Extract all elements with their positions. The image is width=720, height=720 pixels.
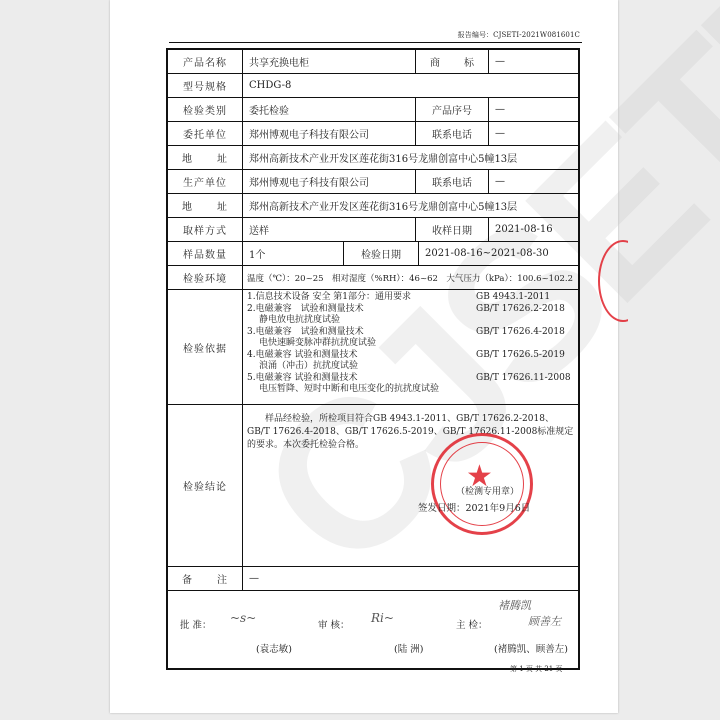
label-part: 地	[182, 198, 193, 213]
standard-item: 3.电磁兼容 试验和测量技术GB/T 17626.4-2018	[247, 327, 574, 339]
label-manufacturer: 生产单位	[168, 170, 243, 193]
value-client: 郑州博观电子科技有限公司	[243, 122, 416, 145]
value-sample-qty: 1个	[243, 242, 344, 265]
row-client: 委托单位 郑州博观电子科技有限公司 联系电话 —	[168, 122, 578, 146]
row-signatures: 批 准： ~s~ (袁志敏) 审 核： Ri~ (陆 洲) 主 检： 褚腾凯 顾…	[168, 591, 578, 668]
standard-item: 4.电磁兼容 试验和测量技术GB/T 17626.5-2019	[247, 350, 574, 362]
chief-label: 主 检：	[456, 617, 488, 631]
value-serial-no: —	[489, 98, 578, 121]
value-model: CHDG-8	[243, 74, 578, 97]
label-remark: 备注	[168, 567, 243, 590]
value-trademark: —	[489, 50, 578, 73]
label-part: 商	[430, 54, 440, 69]
label-part: 址	[217, 198, 228, 213]
value-client-address: 郑州高新技术产业开发区莲花街316号龙鼎创富中心5幢13层	[243, 146, 578, 169]
value-sampling: 送样	[243, 218, 416, 241]
standard-code: GB 4943.1-2011	[476, 292, 574, 304]
label-conclusion: 检验结论	[168, 405, 243, 566]
standard-item: 2.电磁兼容 试验和测量技术GB/T 17626.2-2018	[247, 304, 574, 316]
label-sample-qty: 样品数量	[168, 242, 243, 265]
label-sampling: 取样方式	[168, 218, 243, 241]
standards-list: 1.信息技术设备 安全 第1部分：通用要求GB 4943.1-20112.电磁兼…	[243, 290, 578, 404]
standard-title: 4.电磁兼容 试验和测量技术	[247, 350, 357, 362]
standard-subtitle: 电压暂降、短时中断和电压变化的抗扰度试验	[247, 384, 574, 396]
value-receive-date: 2021-08-16	[489, 218, 578, 241]
standard-title: 1.信息技术设备 安全 第1部分：通用要求	[247, 292, 411, 304]
official-seal: ★	[431, 433, 533, 535]
value-manufacturer: 郑州博观电子科技有限公司	[243, 170, 416, 193]
label-part: 注	[217, 571, 228, 586]
approve-signature: ~s~	[230, 611, 256, 625]
row-product-name: 产品名称 共享充换电柜 商标 —	[168, 50, 578, 74]
page-number: 第 1 页 共 21 页	[510, 664, 563, 674]
standard-title: 5.电磁兼容 试验和测量技术	[247, 373, 357, 385]
value-remark: —	[243, 567, 578, 590]
value-inspection-type: 委托检验	[243, 98, 416, 121]
review-name: (陆 洲)	[394, 641, 423, 655]
standard-code: GB/T 17626.5-2019	[476, 350, 574, 362]
standard-item: 1.信息技术设备 安全 第1部分：通用要求GB 4943.1-2011	[247, 292, 574, 304]
chief-name: (褚腾凯、顾善左)	[494, 641, 568, 655]
row-sample-qty: 样品数量 1个 检验日期 2021-08-16~2021-08-30	[168, 242, 578, 266]
label-inspection-type: 检验类别	[168, 98, 243, 121]
label-basis: 检验依据	[168, 290, 243, 404]
row-basis: 检验依据 1.信息技术设备 安全 第1部分：通用要求GB 4943.1-2011…	[168, 290, 578, 405]
label-part: 标	[464, 54, 474, 69]
row-environment: 检验环境 温度（℃）：20~25 相对湿度（%RH）：46~62 大气压力（kP…	[168, 266, 578, 290]
chief-signature-2: 顾善左	[528, 613, 561, 629]
row-client-address: 地址 郑州高新技术产业开发区莲花街316号龙鼎创富中心5幢13层	[168, 146, 578, 170]
label-manufacturer-address: 地址	[168, 194, 243, 217]
conclusion-content: 样品经检验，所检项目符合GB 4943.1-2011、GB/T 17626.2-…	[243, 405, 578, 566]
label-serial-no: 产品序号	[416, 98, 489, 121]
standard-title: 2.电磁兼容 试验和测量技术	[247, 304, 364, 316]
seal-label: （检测专用章）	[456, 486, 519, 499]
label-inspection-date: 检验日期	[344, 242, 419, 265]
row-conclusion: 检验结论 样品经检验，所检项目符合GB 4943.1-2011、GB/T 176…	[168, 405, 578, 567]
value-manufacturer-phone: —	[489, 170, 578, 193]
standard-subtitle: 浪涌（冲击）抗扰度试验	[247, 361, 574, 373]
value-client-phone: —	[489, 122, 578, 145]
value-product-name: 共享充换电柜	[243, 50, 416, 73]
label-model: 型号规格	[168, 74, 243, 97]
review-label: 审 核：	[318, 617, 350, 631]
standard-title: 3.电磁兼容 试验和测量技术	[247, 327, 364, 339]
document-page: CJSETI 报告编号：CJSETI-2021W081601C 产品名称 共享充…	[110, 0, 618, 713]
label-receive-date: 收样日期	[416, 218, 489, 241]
label-client-address: 地址	[168, 146, 243, 169]
header-rule	[169, 42, 582, 43]
value-environment: 温度（℃）：20~25 相对湿度（%RH）：46~62 大气压力（kPa）：10…	[243, 266, 578, 289]
label-manufacturer-phone: 联系电话	[416, 170, 489, 193]
row-sampling: 取样方式 送样 收样日期 2021-08-16	[168, 218, 578, 242]
standard-code: GB/T 17626.2-2018	[476, 304, 574, 316]
conclusion-text: 样品经检验，所检项目符合GB 4943.1-2011、GB/T 17626.2-…	[247, 413, 574, 452]
label-part: 地	[182, 150, 193, 165]
approve-label: 批 准：	[180, 617, 212, 631]
approve-name: (袁志敏)	[256, 641, 292, 655]
label-client-phone: 联系电话	[416, 122, 489, 145]
standard-subtitle: 电快速瞬变脉冲群抗扰度试验	[247, 338, 574, 350]
review-signature: Ri~	[371, 611, 394, 625]
row-remark: 备注 —	[168, 567, 578, 591]
label-part: 备	[182, 571, 193, 586]
value-inspection-date: 2021-08-16~2021-08-30	[419, 242, 578, 265]
standard-code: GB/T 17626.11-2008	[476, 373, 574, 385]
row-inspection-type: 检验类别 委托检验 产品序号 —	[168, 98, 578, 122]
side-seal	[598, 240, 628, 322]
label-trademark: 商标	[416, 50, 489, 73]
label-product-name: 产品名称	[168, 50, 243, 73]
standard-item: 5.电磁兼容 试验和测量技术GB/T 17626.11-2008	[247, 373, 574, 385]
row-manufacturer-address: 地址 郑州高新技术产业开发区莲花街316号龙鼎创富中心5幢13层	[168, 194, 578, 218]
standard-subtitle: 静电放电抗扰度试验	[247, 315, 574, 327]
standard-code: GB/T 17626.4-2018	[476, 327, 574, 339]
label-environment: 检验环境	[168, 266, 243, 289]
sign-date: 签发日期：2021年9月6日	[418, 502, 530, 515]
label-client: 委托单位	[168, 122, 243, 145]
report-number: 报告编号：CJSETI-2021W081601C	[458, 30, 580, 40]
chief-signature-1: 褚腾凯	[498, 597, 531, 613]
label-part: 址	[217, 150, 228, 165]
row-manufacturer: 生产单位 郑州博观电子科技有限公司 联系电话 —	[168, 170, 578, 194]
report-table: 产品名称 共享充换电柜 商标 — 型号规格 CHDG-8 检验类别 委托检验 产…	[166, 48, 580, 670]
value-manufacturer-address: 郑州高新技术产业开发区莲花街316号龙鼎创富中心5幢13层	[243, 194, 578, 217]
row-model: 型号规格 CHDG-8	[168, 74, 578, 98]
